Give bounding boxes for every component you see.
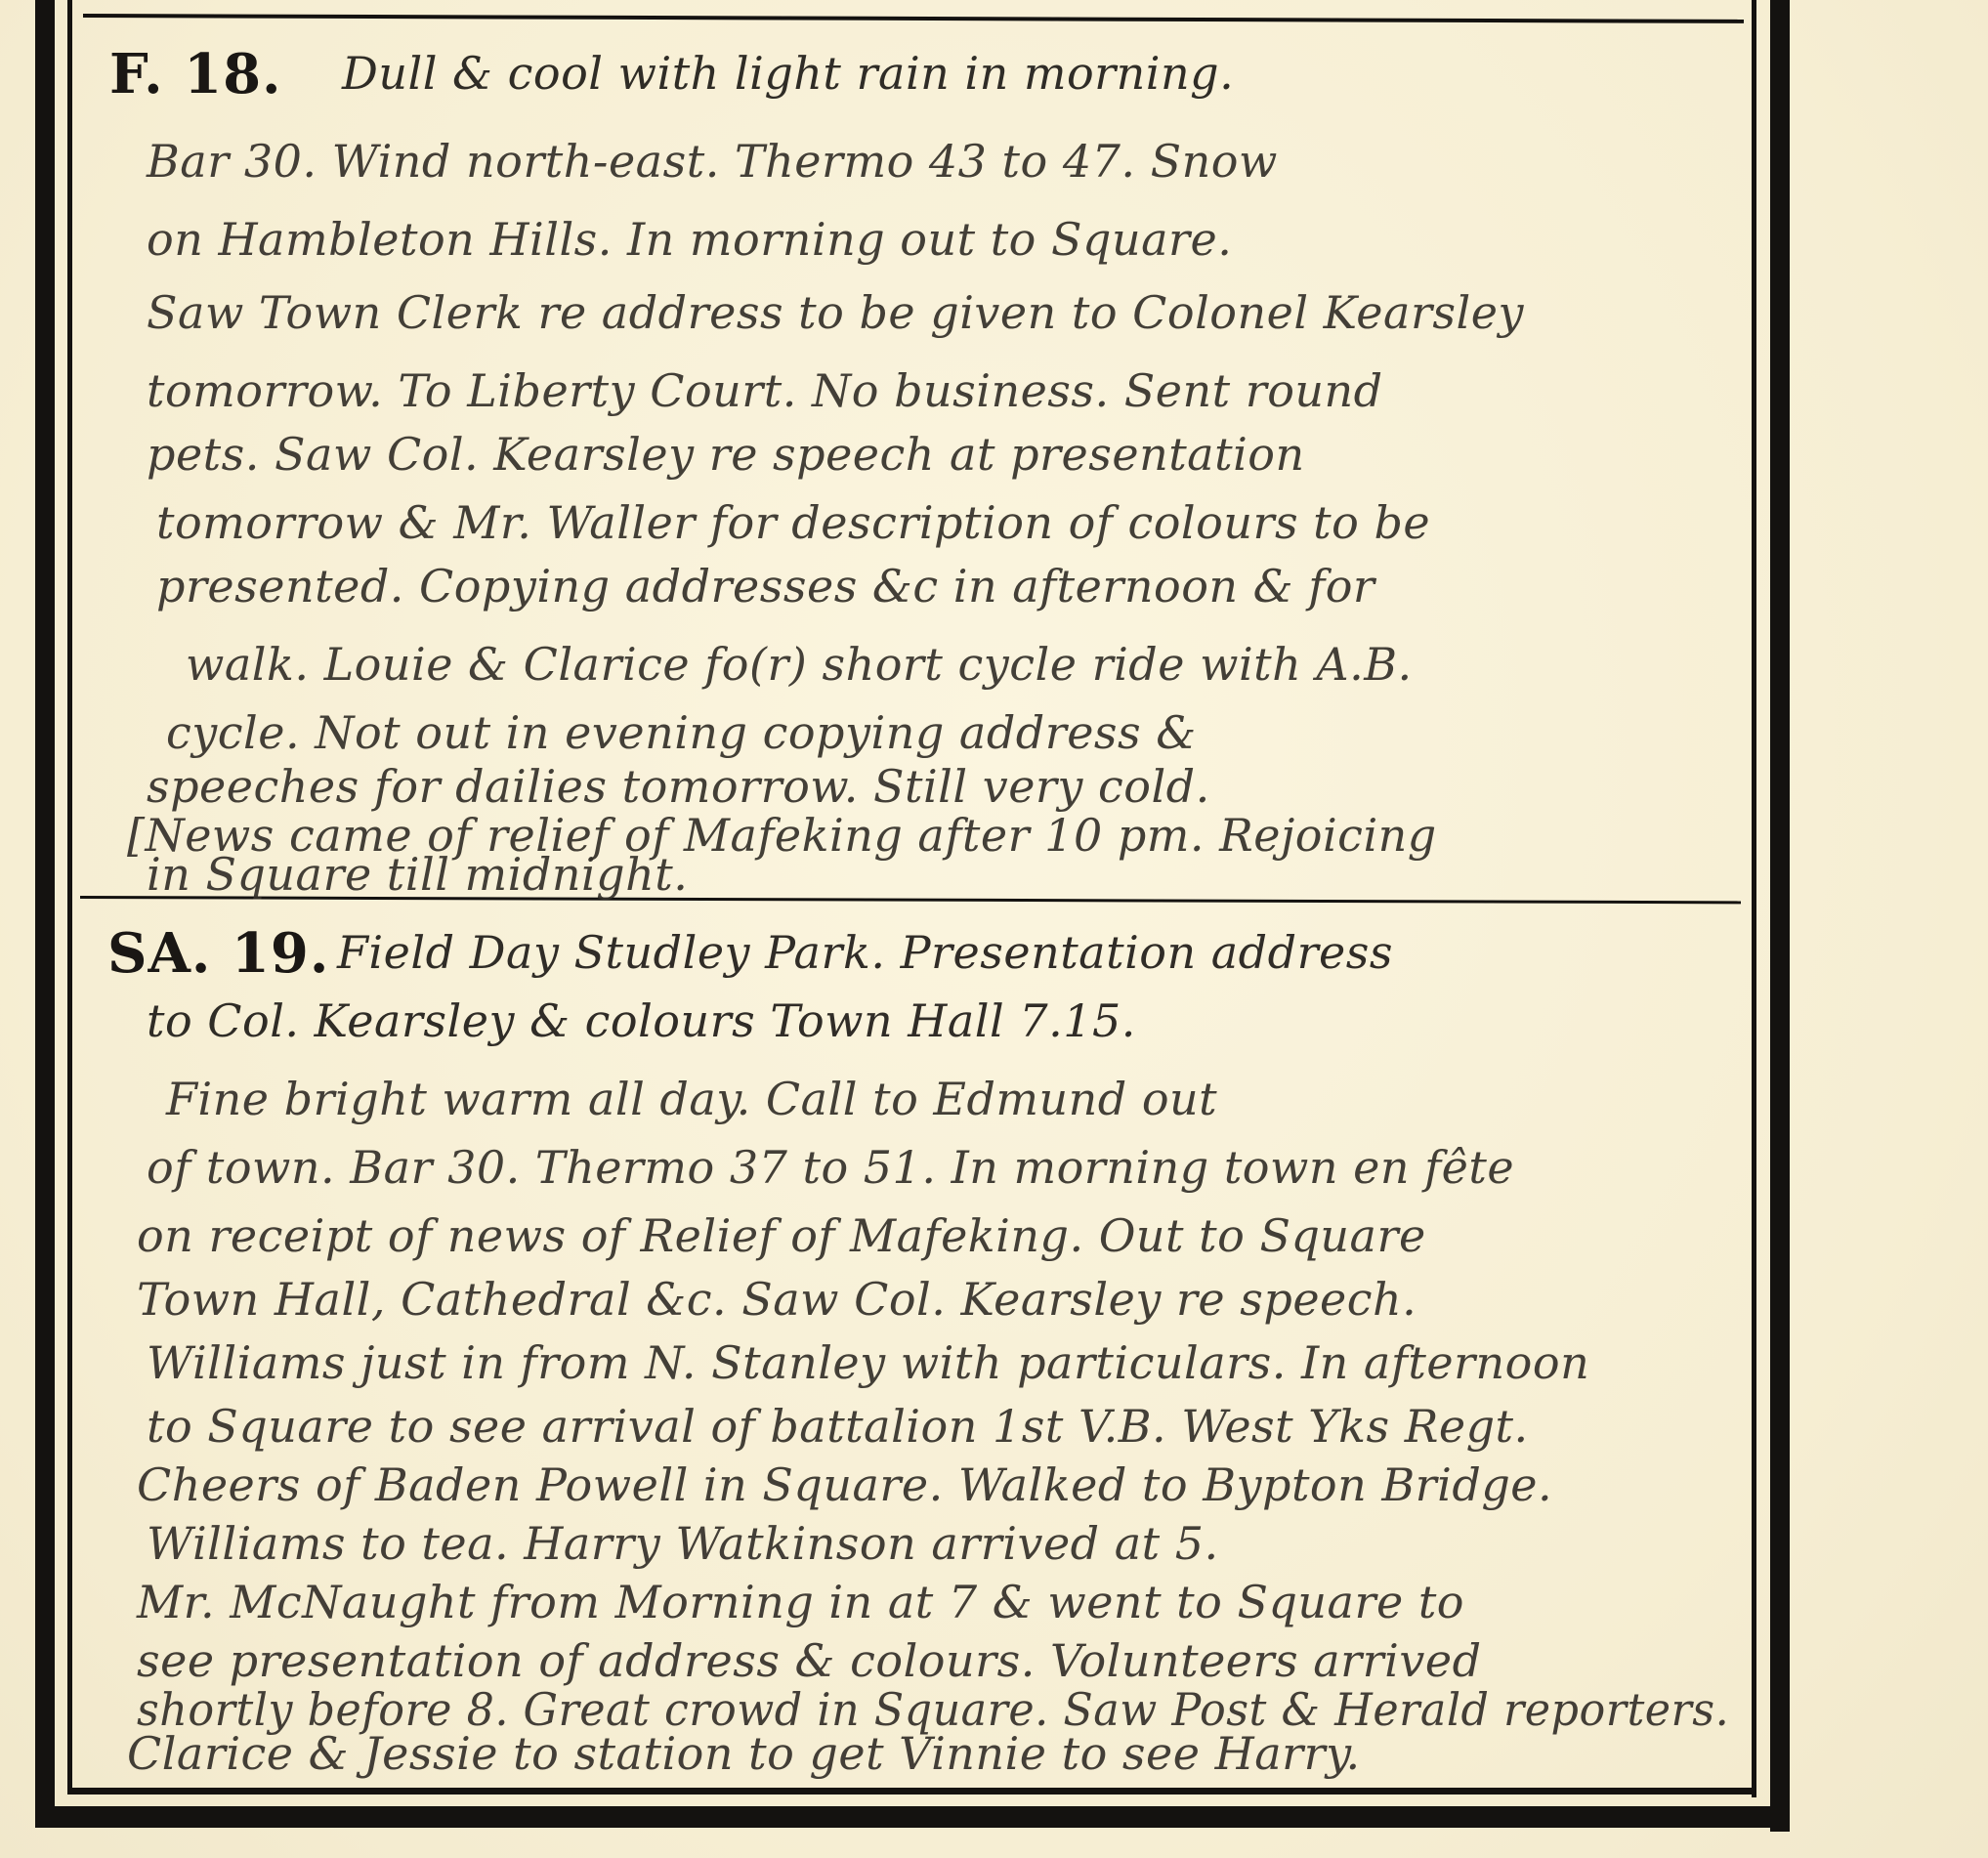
day-label-saturday-19: SA. 19.: [107, 926, 329, 981]
frame-outer-left: [35, 0, 55, 1825]
day-number: 18.: [184, 42, 281, 106]
frame-inner-right: [1752, 0, 1756, 1797]
frame-inner-bottom: [67, 1788, 1756, 1795]
day-abbrev: F.: [109, 42, 164, 106]
frame-outer-bottom: [35, 1806, 1790, 1828]
day-label-friday-18: F. 18.: [109, 47, 282, 102]
day-number: 19.: [232, 921, 329, 986]
frame-inner-left: [67, 0, 72, 1792]
diary-page: F. 18. Dull & cool with light rain in mo…: [0, 0, 1988, 1858]
top-rule: [83, 14, 1744, 23]
frame-outer-right: [1770, 0, 1790, 1832]
day-abbrev: SA.: [107, 921, 211, 986]
